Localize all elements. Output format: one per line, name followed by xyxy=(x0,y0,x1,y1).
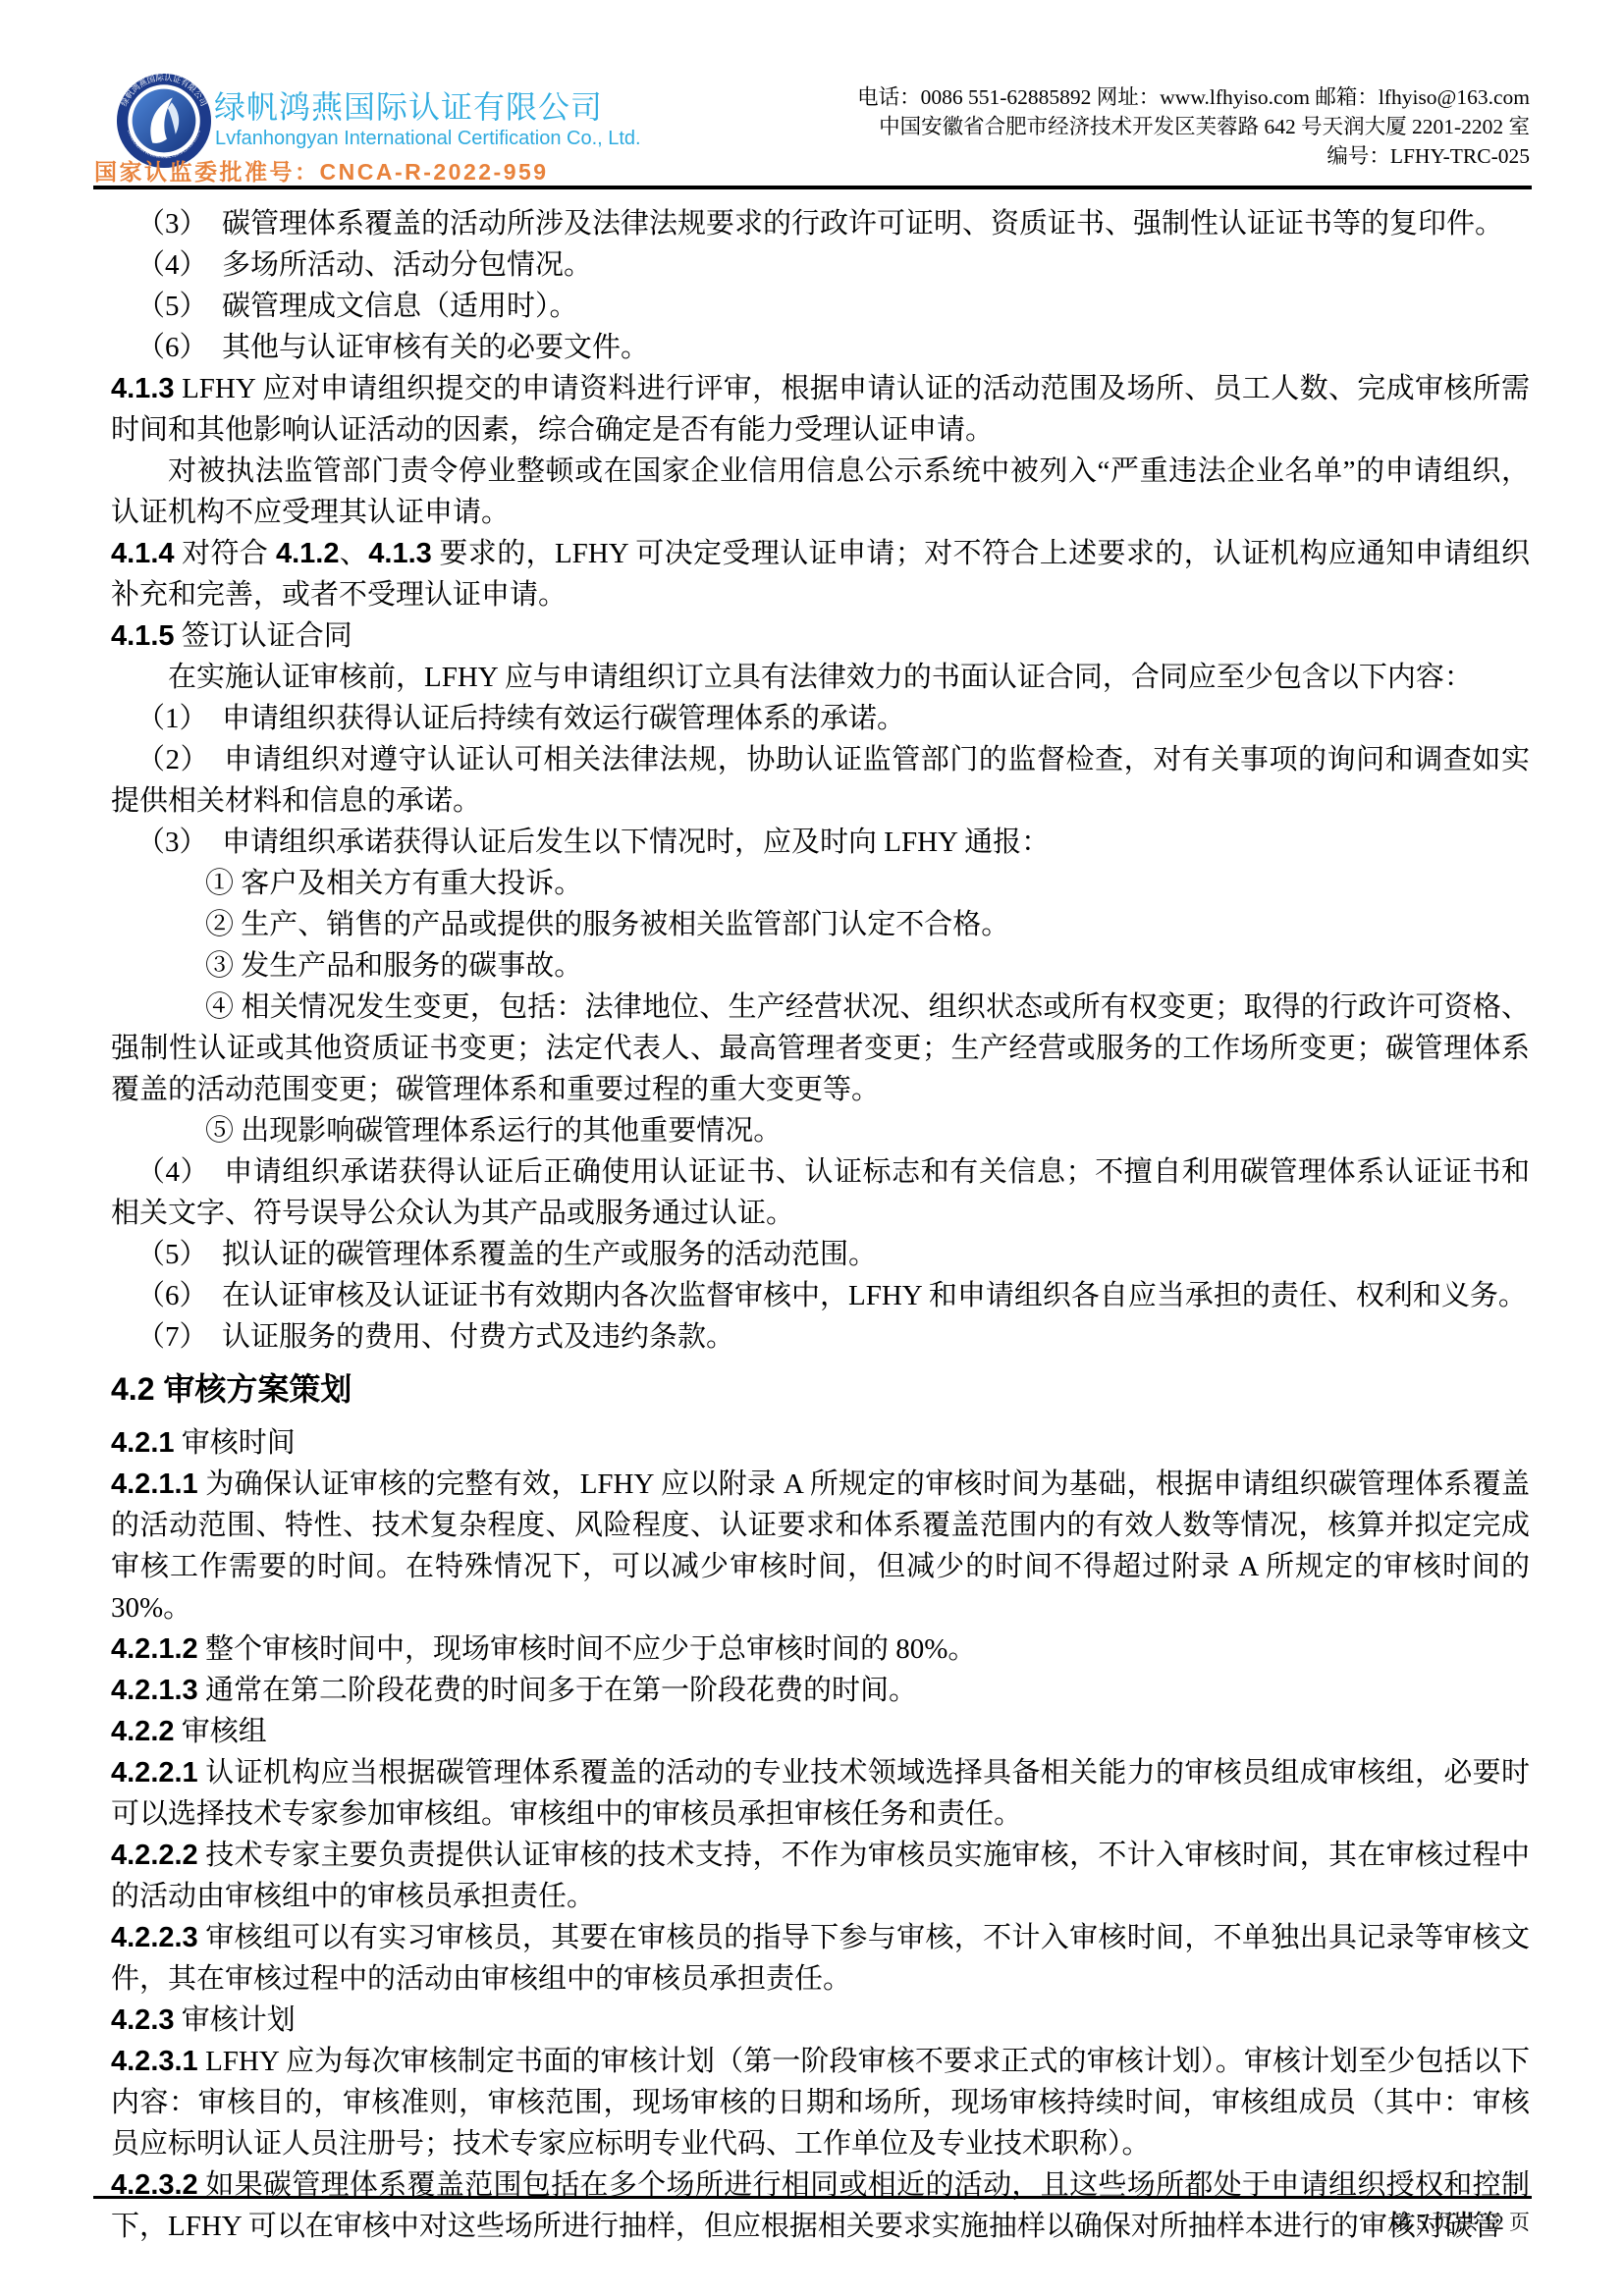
paragraph: （2） 申请组织对遵守认证认可相关法律法规，协助认证监管部门的监督检查，对有关事… xyxy=(111,739,1530,822)
approval-number: CNCA-R-2022-959 xyxy=(320,159,549,185)
paragraph: ⑤ 出现影响碳管理体系运行的其他重要情况。 xyxy=(111,1110,1530,1151)
paragraph: （7） 认证服务的费用、付费方式及违约条款。 xyxy=(111,1316,1530,1358)
paragraph: ③ 发生产品和服务的碳事故。 xyxy=(111,945,1530,987)
paragraph: 4.2.1 审核时间 xyxy=(111,1422,1530,1464)
paragraph: 4.2.1.3 通常在第二阶段花费的时间多于在第一阶段花费的时间。 xyxy=(111,1670,1530,1711)
paragraph: 4.2.2.3 审核组可以有实习审核员，其要在审核员的指导下参与审核，不计入审核… xyxy=(111,1917,1530,2000)
company-name-en: Lvfanhongyan International Certification… xyxy=(215,128,641,150)
paragraph: 4.1.4 对符合 4.1.2、4.1.3 要求的，LFHY 可决定受理认证申请… xyxy=(111,533,1530,615)
contact-line-phone-web-email: 电话：0086 551-62885892 网址：www.lfhyiso.com … xyxy=(857,82,1530,112)
paragraph: ① 客户及相关方有重大投诉。 xyxy=(111,863,1530,904)
paragraph: 4.2.1.2 整个审核时间中，现场审核时间不应少于总审核时间的 80%。 xyxy=(111,1629,1530,1670)
page-number: 第 5 页 共 12 页 xyxy=(1390,2207,1530,2236)
header-contact-block: 电话：0086 551-62885892 网址：www.lfhyiso.com … xyxy=(857,82,1530,171)
paragraph: 4.2.3.1 LFHY 应为每次审核制定书面的审核计划（第一阶段审核不要求正式… xyxy=(111,2041,1530,2164)
paragraph: 4.2.2.2 技术专家主要负责提供认证审核的技术支持，不作为审核员实施审核，不… xyxy=(111,1835,1530,1917)
paragraph: ② 生产、销售的产品或提供的服务被相关监管部门认定不合格。 xyxy=(111,904,1530,945)
paragraph: （4） 申请组织承诺获得认证后正确使用认证证书、认证标志和有关信息；不擅自利用碳… xyxy=(111,1151,1530,1234)
document-number: 编号：LFHY-TRC-025 xyxy=(857,141,1530,171)
paragraph: 在实施认证审核前，LFHY 应与申请组织订立具有法律效力的书面认证合同，合同应至… xyxy=(111,657,1530,698)
paragraph: ④ 相关情况发生变更，包括：法律地位、生产经营状况、组织状态或所有权变更；取得的… xyxy=(111,987,1530,1110)
contact-line-address: 中国安徽省合肥市经济技术开发区芙蓉路 642 号天润大厦 2201-2202 室 xyxy=(857,112,1530,141)
paragraph: 4.2.2.1 认证机构应当根据碳管理体系覆盖的活动的专业技术领域选择具备相关能… xyxy=(111,1752,1530,1835)
paragraph: 4.2.1.1 为确保认证审核的完整有效，LFHY 应以附录 A 所规定的审核时… xyxy=(111,1464,1530,1629)
paragraph: 4.2.3.2 如果碳管理体系覆盖范围包括在多个场所进行相同或相近的活动，且这些… xyxy=(111,2164,1530,2247)
paragraph: （3） 碳管理体系覆盖的活动所涉及法律法规要求的行政许可证明、资质证书、强制性认… xyxy=(111,203,1530,244)
paragraph: 4.2.3 审核计划 xyxy=(111,2000,1530,2041)
paragraph: （3） 申请组织承诺获得认证后发生以下情况时，应及时向 LFHY 通报： xyxy=(111,822,1530,863)
paragraph: 4.1.5 签订认证合同 xyxy=(111,615,1530,657)
paragraph: 4.1.3 LFHY 应对申请组织提交的申请资料进行评审，根据申请认证的活动范围… xyxy=(111,368,1530,451)
paragraph: 对被执法监管部门责令停业整顿或在国家企业信用信息公示系统中被列入“严重违法企业名… xyxy=(111,451,1530,533)
footer-divider xyxy=(93,2196,1532,2199)
approval-number-line: 国家认监委批准号：CNCA-R-2022-959 xyxy=(94,154,549,187)
paragraph: （5） 碳管理成文信息（适用时）。 xyxy=(111,286,1530,327)
company-name-cn: 绿帆鸿燕国际认证有限公司 xyxy=(214,82,603,128)
paragraph: （5） 拟认证的碳管理体系覆盖的生产或服务的活动范围。 xyxy=(111,1234,1530,1275)
approval-label: 国家认监委批准号： xyxy=(94,159,320,185)
section-heading: 4.2 审核方案策划 xyxy=(111,1367,1530,1411)
paragraph: 4.2.2 审核组 xyxy=(111,1711,1530,1752)
document-page: 绿帆鸿燕国际认证有限公司 LVFANHONGYAN INTERNATIONAL … xyxy=(0,0,1624,2296)
document-body: （3） 碳管理体系覆盖的活动所涉及法律法规要求的行政许可证明、资质证书、强制性认… xyxy=(111,203,1530,2247)
paragraph: （1） 申请组织获得认证后持续有效运行碳管理体系的承诺。 xyxy=(111,698,1530,739)
paragraph: （6） 其他与认证审核有关的必要文件。 xyxy=(111,327,1530,368)
paragraph: （4） 多场所活动、活动分包情况。 xyxy=(111,244,1530,286)
header-divider xyxy=(93,186,1532,189)
paragraph: （6） 在认证审核及认证证书有效期内各次监督审核中，LFHY 和申请组织各自应当… xyxy=(111,1275,1530,1316)
